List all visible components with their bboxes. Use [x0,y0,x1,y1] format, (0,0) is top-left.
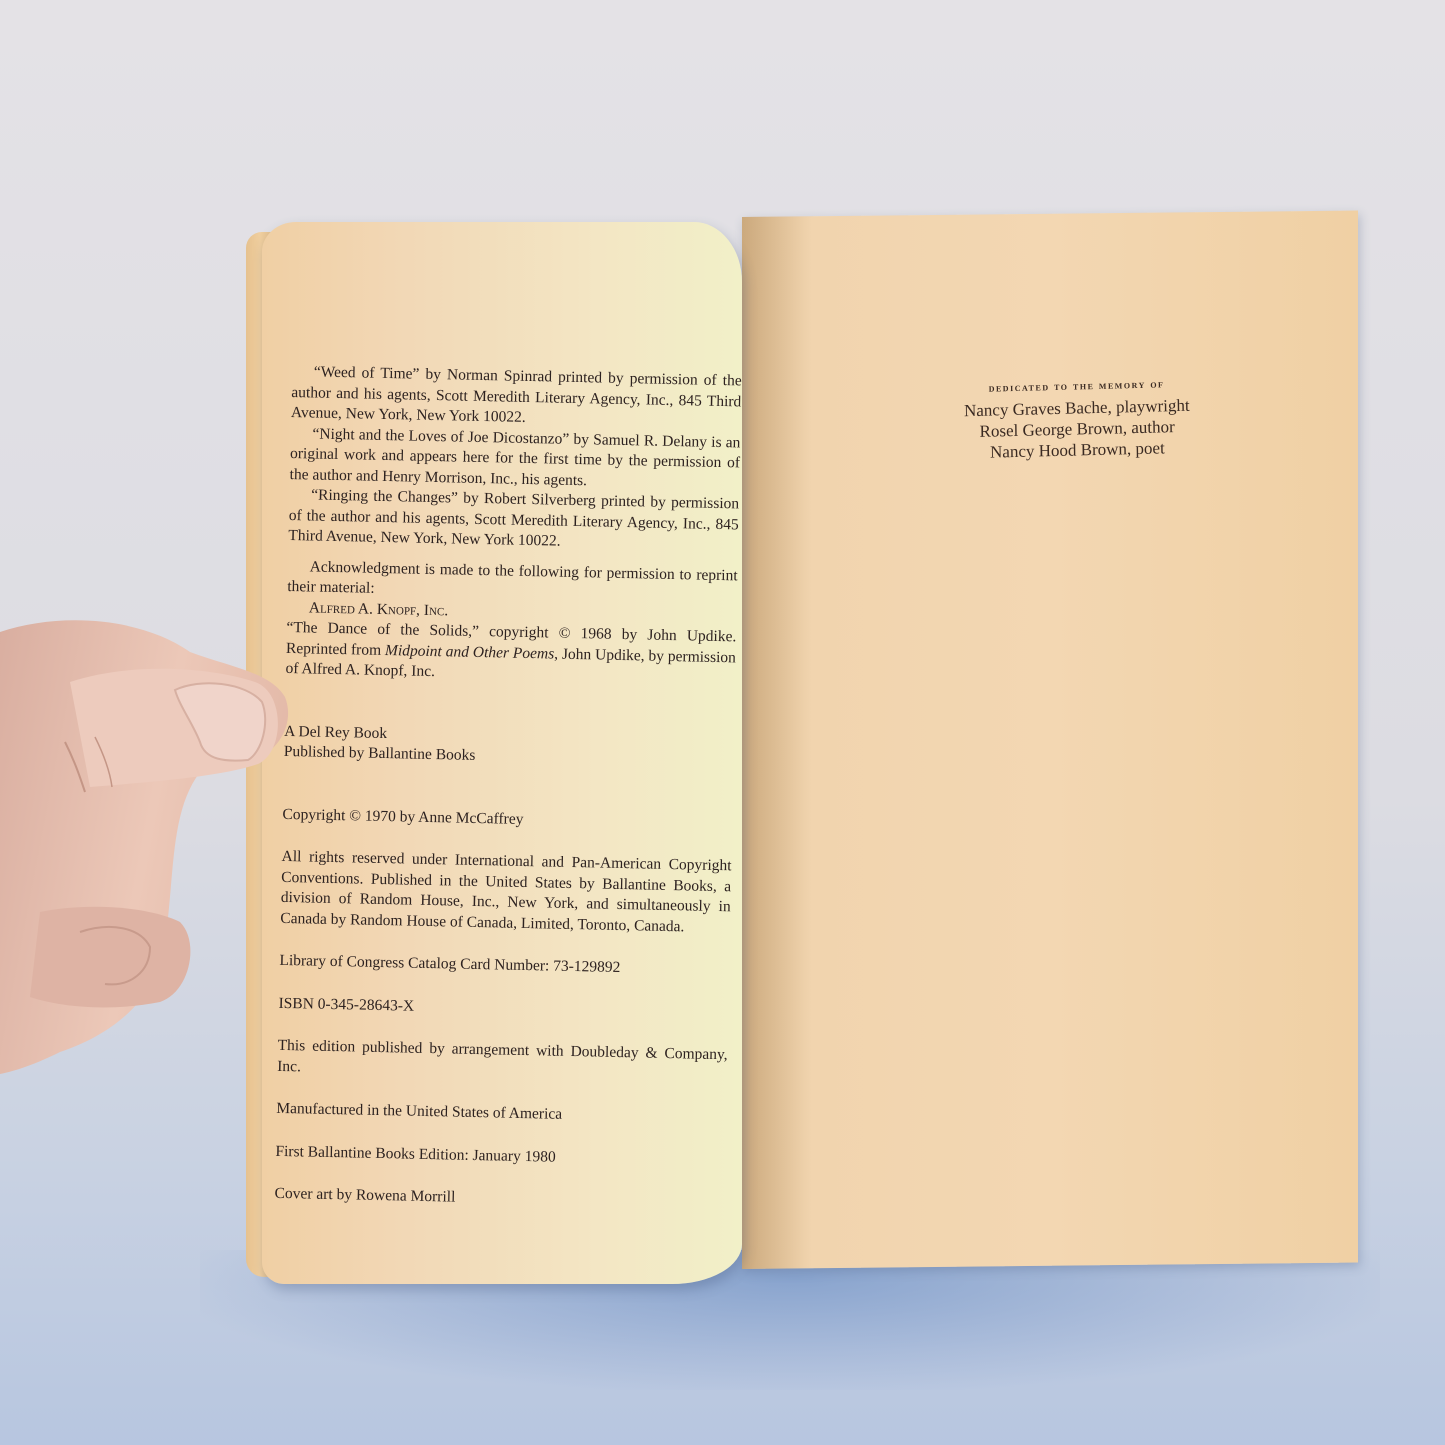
dedication: Dedicated to the Memory of Nancy Graves … [861,373,1292,465]
permission-ringing-changes: “Ringing the Changes” by Robert Silverbe… [288,485,739,556]
right-page: Dedicated to the Memory of Nancy Graves … [742,211,1358,1269]
cover-art-credit: Cover art by Rowena Morrill [274,1184,724,1214]
left-page: “Weed of Time” by Norman Spinrad printed… [262,222,742,1284]
copyright-notice: Copyright © 1970 by Anne McCaffrey [282,804,732,834]
hand-icon [0,612,290,1082]
updike-credit: “The Dance of the Solids,” copyright © 1… [285,618,736,689]
manufactured: Manufactured in the United States of Ame… [276,1099,726,1129]
edition: First Ballantine Books Edition: January … [275,1141,725,1171]
permission-night-and-loves: “Night and the Loves of Joe Dicostanzo” … [289,423,740,494]
copyright-page-text: “Weed of Time” by Norman Spinrad printed… [274,362,742,1214]
permission-weed-of-time: “Weed of Time” by Norman Spinrad printed… [291,362,742,433]
rights-statement: All rights reserved under International … [280,847,732,938]
lccn: Library of Congress Catalog Card Number:… [279,951,729,981]
isbn: ISBN 0-345-28643-X [278,993,728,1023]
updike-book-title: Midpoint and Other Poems [385,642,555,663]
page-gutter-shadow [742,216,812,1269]
arrangement: This edition published by arrangement wi… [277,1036,728,1086]
